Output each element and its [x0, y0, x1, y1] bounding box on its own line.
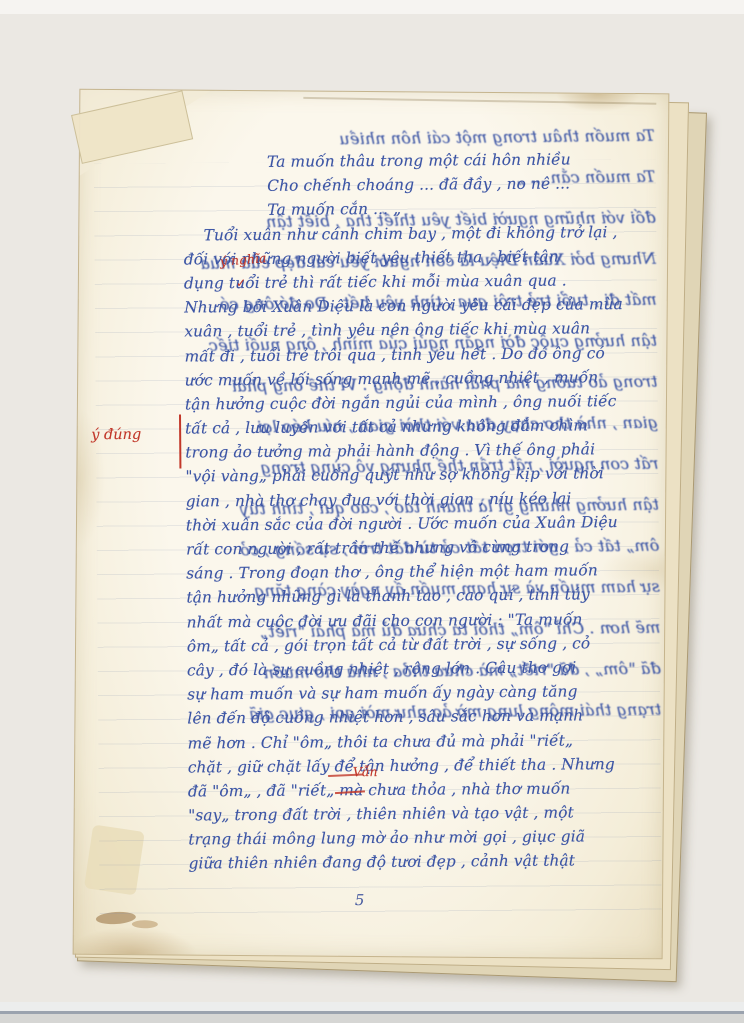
handwritten-line: tận hưởng cuộc đời ngắn ngủi của mình , …: [185, 389, 667, 417]
fold-crease: [304, 97, 657, 105]
red-margin-note: ý đúng: [91, 427, 141, 443]
handwritten-line: giữa thiên nhiên đang độ tươi đẹp , cảnh…: [188, 848, 670, 876]
handwritten-line: "vội vàng„ phải cuống quýt như sợ không …: [185, 461, 667, 489]
handwriting-content: Ta muốn thâu trong một cái hôn nhiềuCho …: [183, 147, 671, 943]
handwritten-line: thời xuân sắc của đời người . Ước muốn c…: [186, 510, 668, 538]
handwritten-line: chặt , giữ chặt lấy để tận hưởng , để th…: [188, 751, 670, 779]
scan-background-top: [0, 0, 744, 14]
scanned-page: Ta muốn thâu trong một cái hôn nhiềuTa m…: [73, 89, 670, 960]
handwritten-line: mất đi , tuổi trẻ trôi qua , tình yêu hế…: [184, 340, 666, 368]
handwritten-line: Tuổi xuân như cánh chim bay , một đi khô…: [183, 219, 665, 247]
red-correction-word: Vẫn: [353, 764, 378, 779]
scan-background-bottom: [0, 1014, 744, 1023]
handwritten-line: ước muốn về lối sống mạnh mẽ , cuồng nhi…: [185, 364, 667, 392]
page-number: 5: [355, 891, 365, 909]
handwritten-line: sáng . Trong đoạn thơ , ông thể hiện một…: [186, 558, 668, 586]
handwritten-line: Nhưng bởi Xuân Diệu là con người yêu cái…: [184, 292, 666, 320]
red-margin-line: [179, 415, 181, 469]
scan-background-bottom-band: [0, 1002, 744, 1011]
red-tick-icon: ✓: [236, 276, 246, 290]
